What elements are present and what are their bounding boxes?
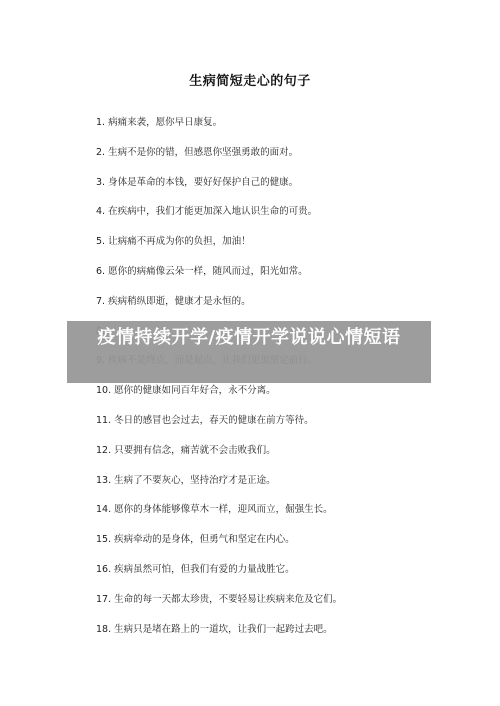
item-text: 愿你的健康如同百年好合，永不分离。 (114, 385, 276, 396)
item-number: 17. (96, 594, 111, 605)
item-number: 5. (96, 236, 105, 247)
list-item: 4.在疾病中，我们才能更加深入地认识生命的可贵。 (96, 204, 342, 234)
item-text: 只要拥有信念，痛苦就不会击败我们。 (114, 445, 276, 456)
list-item: 15.疾病牵动的是身体，但勇气和坚定在内心。 (96, 532, 342, 562)
item-number: 14. (96, 504, 111, 515)
banner-title: 疫情持续开学/疫情开学说说心情短语 (67, 327, 431, 349)
item-number: 4. (96, 206, 105, 217)
item-text: 生病只是堵在路上的一道坎，让我们一起跨过去吧。 (114, 624, 333, 635)
list-item: 13.生病了不要灰心，坚持治疗才是正途。 (96, 473, 342, 503)
item-number: 1. (96, 117, 105, 128)
list-item: 3.身体是革命的本钱，要好好保护自己的健康。 (96, 175, 342, 205)
item-number: 12. (96, 445, 111, 456)
list-item: 1.病痛来袭，愿你早日康复。 (96, 115, 342, 145)
document-title: 生病简短走心的句子 (0, 70, 500, 89)
item-number: 3. (96, 177, 105, 188)
list-item: 2.生病不是你的错，但感恩你坚强勇敢的面对。 (96, 145, 342, 175)
item-text: 愿你的病痛像云朵一样，随风而过，阳光如常。 (108, 266, 308, 277)
list-item: 6.愿你的病痛像云朵一样，随风而过，阳光如常。 (96, 264, 342, 294)
item-text: 身体是革命的本钱，要好好保护自己的健康。 (108, 177, 298, 188)
item-text: 冬日的感冒也会过去，春天的健康在前方等待。 (114, 415, 314, 426)
item-number: 6. (96, 266, 105, 277)
item-text: 生病不是你的错，但感恩你坚强勇敢的面对。 (108, 147, 298, 158)
item-text: 疾病虽然可怕，但我们有爱的力量战胜它。 (114, 564, 295, 575)
list-item: 7.疾病稍纵即逝，健康才是永恒的。 (96, 294, 342, 324)
item-number: 18. (96, 624, 111, 635)
item-number: 11. (96, 415, 111, 426)
item-number: 10. (96, 385, 111, 396)
item-text: 疾病稍纵即逝，健康才是永恒的。 (108, 296, 251, 307)
item-text: 生病了不要灰心，坚持治疗才是正途。 (114, 475, 276, 486)
list-item: 17.生命的每一天都太珍贵，不要轻易让疾病来危及它们。 (96, 592, 342, 622)
item-text: 疾病牵动的是身体，但勇气和坚定在内心。 (114, 534, 295, 545)
item-text: 让病痛不再成为你的负担，加油！ (108, 236, 251, 247)
item-number: 2. (96, 147, 105, 158)
item-number: 7. (96, 296, 105, 307)
item-number: 16. (96, 564, 111, 575)
item-number: 15. (96, 534, 111, 545)
banner-title-container: 疫情持续开学/疫情开学说说心情短语 (67, 321, 431, 383)
list-item: 5.让病痛不再成为你的负担，加油！ (96, 234, 342, 264)
list-item: 16.疾病虽然可怕，但我们有爱的力量战胜它。 (96, 562, 342, 592)
list-item: 18.生病只是堵在路上的一道坎，让我们一起跨过去吧。 (96, 622, 342, 652)
list-item: 12.只要拥有信念，痛苦就不会击败我们。 (96, 443, 342, 473)
list-item: 11.冬日的感冒也会过去，春天的健康在前方等待。 (96, 413, 342, 443)
item-text: 生命的每一天都太珍贵，不要轻易让疾病来危及它们。 (114, 594, 342, 605)
item-number: 13. (96, 475, 111, 486)
overlay-banner: 疫情持续开学/疫情开学说说心情短语 (67, 321, 431, 383)
item-text: 愿你的身体能够像草木一样，迎风而立，倔强生长。 (114, 504, 333, 515)
list-item: 10.愿你的健康如同百年好合，永不分离。 (96, 383, 342, 413)
item-text: 在疾病中，我们才能更加深入地认识生命的可贵。 (108, 206, 317, 217)
sentence-list: 1.病痛来袭，愿你早日康复。 2.生病不是你的错，但感恩你坚强勇敢的面对。 3.… (96, 115, 342, 651)
item-text: 病痛来袭，愿你早日康复。 (108, 117, 222, 128)
list-item: 14.愿你的身体能够像草木一样，迎风而立，倔强生长。 (96, 502, 342, 532)
